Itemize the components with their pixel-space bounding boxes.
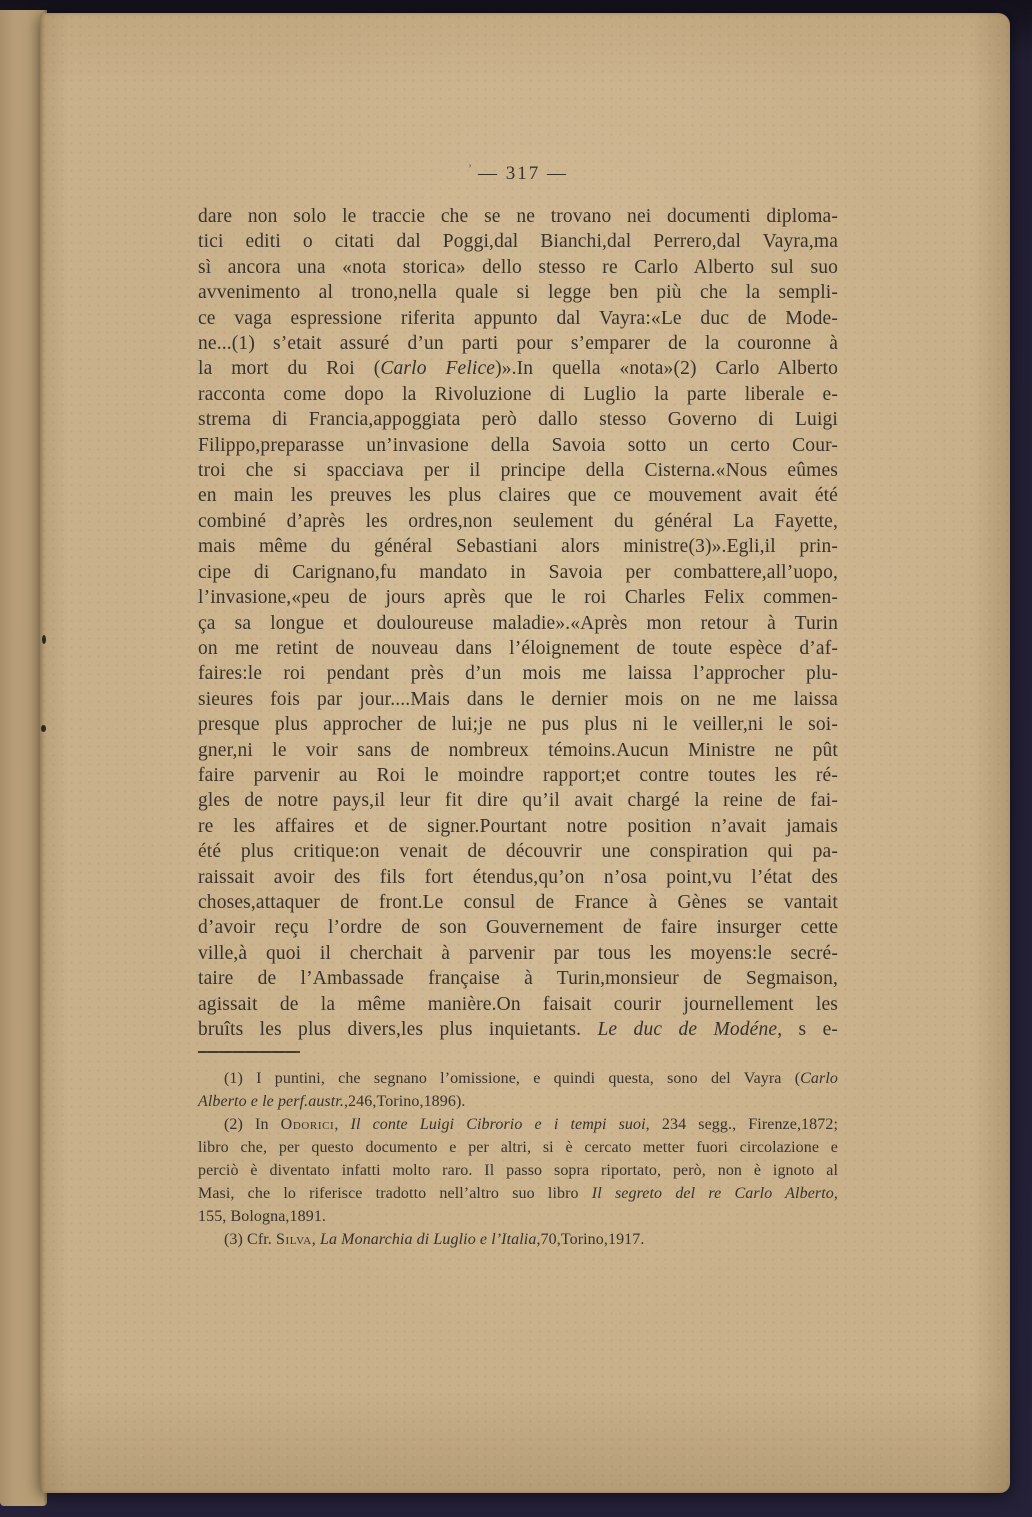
text-line: d’avoir reçu l’ordre de son Gouvernement… (198, 915, 838, 940)
text-line: libro che, per questo documento e per al… (198, 1136, 838, 1159)
text-line: agissait de la même manière.On faisait c… (198, 992, 838, 1017)
text-line: été plus critique:on venait de découvrir… (198, 839, 838, 864)
book-cover-background: { "page_header": { "mark": "’", "page_nu… (0, 0, 1032, 1517)
book-page: ’— 317 — dare non solo le traccie che se… (40, 13, 1010, 1493)
page-number: — 317 — (478, 163, 568, 184)
text-line: choses,attaquer de front.Le consul de Fr… (198, 890, 838, 915)
text-line: Alberto e le perf.austr.,246,Torino,1896… (198, 1090, 838, 1113)
text-line: gles de notre pays,il leur fit dire qu’i… (198, 788, 838, 813)
text-line: dare non solo le traccie che se ne trova… (198, 204, 838, 229)
page-number-mark: ’ (468, 161, 472, 175)
text-line: mais même du général Sebastiani alors mi… (198, 534, 838, 559)
text-line: sì ancora una «nota storica» dello stess… (198, 255, 838, 280)
text-line: strema di Francia,appoggiata però dallo … (198, 407, 838, 432)
text-line: faires:le roi pendant près d’un mois me … (198, 661, 838, 686)
text-line: avvenimento al trono,nella quale si legg… (198, 280, 838, 305)
text-line: perciò è diventato infatti molto raro. I… (198, 1159, 838, 1182)
italic-text: Alberto e le perf.austr. (198, 1093, 344, 1110)
italic-text: Carlo (800, 1070, 838, 1087)
text-line: (3) Cfr. Silva, La Monarchia di Luglio e… (198, 1228, 838, 1251)
text-line: (1) I puntini, che segnano l’omissione, … (198, 1067, 838, 1090)
italic-text: Il segreto del re Carlo Alberto (592, 1185, 834, 1202)
footnote-3: (3) Cfr. Silva, La Monarchia di Luglio e… (198, 1228, 838, 1251)
text-line: ville,à quoi il cherchait à parvenir par… (198, 941, 838, 966)
footnote-1: (1) I puntini, che segnano l’omissione, … (198, 1067, 838, 1113)
footnote-2: (2) In Odorici, Il conte Luigi Cibrorio … (198, 1113, 838, 1228)
italic-text: Carlo Felice (380, 358, 495, 379)
text-line: sieures fois par jour....Mais dans le de… (198, 687, 838, 712)
text-line: troi che si spacciava per il principe de… (198, 458, 838, 483)
text-line: cipe di Carignano,fu mandato in Savoia p… (198, 560, 838, 585)
text-line: re les affaires et de signer.Pourtant no… (198, 814, 838, 839)
text-line: presque plus approcher de lui;je ne pus … (198, 712, 838, 737)
text-line: (2) In Odorici, Il conte Luigi Cibrorio … (198, 1113, 838, 1136)
body-text: dare non solo le traccie che se ne trova… (198, 204, 838, 1042)
text-line: ça sa longue et douloureuse maladie».«Ap… (198, 611, 838, 636)
footnote-rule (198, 1051, 300, 1053)
small-caps-text: Silva (276, 1231, 312, 1248)
small-caps-text: Odorici (281, 1116, 335, 1133)
footnotes-section: (1) I puntini, che segnano l’omissione, … (198, 1067, 838, 1251)
text-line: gner,ni le voir sans de nombreux témoins… (198, 738, 838, 763)
text-line: bruîts les plus divers,les plus inquieta… (198, 1017, 838, 1042)
crease-speck (42, 635, 46, 644)
text-line: l’invasione,«peu de jours après que le r… (198, 585, 838, 610)
text-line: faire parvenir au Roi le moindre rapport… (198, 763, 838, 788)
text-line: Filippo,preparasse un’invasione della Sa… (198, 433, 838, 458)
text-line: 155, Bologna,1891. (198, 1205, 838, 1228)
italic-text: Le duc de Modéne (597, 1019, 777, 1040)
text-line: la mort du Roi (Carlo Felice)».In quella… (198, 356, 838, 381)
text-line: en main les preuves les plus claires que… (198, 483, 838, 508)
text-line: ne...(1) s’etait assuré d’un parti pour … (198, 331, 838, 356)
italic-text: La Monarchia di Luglio e l’Italia (320, 1231, 536, 1248)
text-line: combiné d’après les ordres,non seulement… (198, 509, 838, 534)
text-line: tici editi o citati dal Poggi,dal Bianch… (198, 229, 838, 254)
text-line: raissait avoir des fils fort étendus,qu’… (198, 865, 838, 890)
text-line: on me retint de nouveau dans l’éloigneme… (198, 636, 838, 661)
text-line: taire de l’Ambassade française à Turin,m… (198, 966, 838, 991)
italic-text: Il conte Luigi Cibrorio e i tempi suoi (351, 1116, 646, 1133)
text-line: ce vaga espressione riferita appunto dal… (198, 306, 838, 331)
crease-speck (41, 725, 46, 732)
text-line: racconta come dopo la Rivoluzione di Lug… (198, 382, 838, 407)
text-line: Masi, che lo riferisce tradotto nell’alt… (198, 1182, 838, 1205)
page-header: ’— 317 — (198, 161, 838, 185)
